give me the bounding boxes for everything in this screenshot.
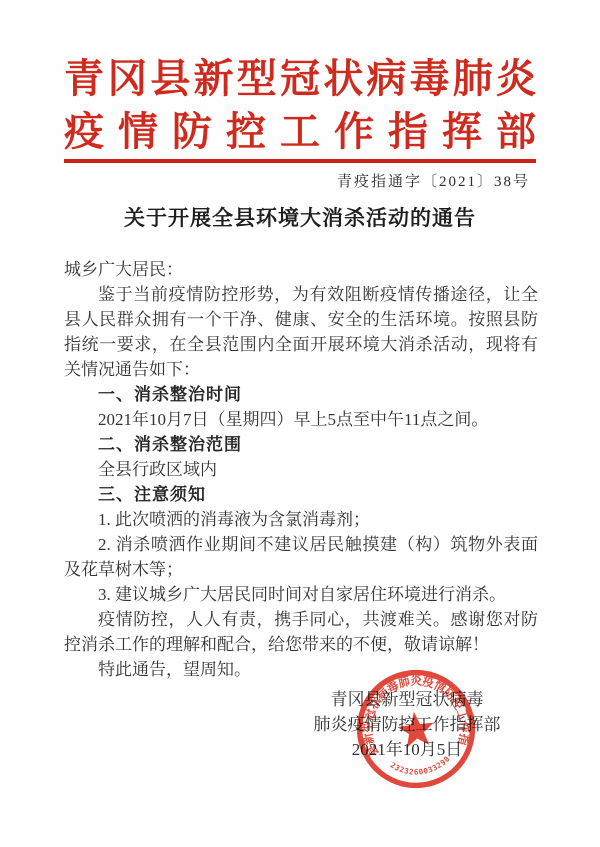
note-item-3: 3. 建议城乡广大居民同时间对自家居住环境进行消杀。 xyxy=(64,582,538,607)
note-item-1: 1. 此次喷洒的消毒液为含氯消毒剂； xyxy=(64,507,538,532)
note-item-2: 2. 消杀喷洒作业期间不建议居民触摸建（构）筑物外表面及花草树木等； xyxy=(64,532,538,582)
document-page: 青冈县新型冠状病毒肺炎 疫情防控工作指挥部 青疫指通字〔2021〕38号 关于开… xyxy=(0,0,600,847)
doc-number: 青疫指通字〔2021〕38号 xyxy=(64,170,530,191)
document-body: 城乡广大居民： 鉴于当前疫情防控形势，为有效阻断疫情传播途径，让全县人民群众拥有… xyxy=(64,257,538,682)
signature-line-2: 肺炎疫情防控工作指挥部 xyxy=(285,712,529,737)
signature-date: 2021年10月5日 xyxy=(285,737,529,762)
signature-line-1: 青冈县新型冠状病毒 xyxy=(285,687,529,712)
page-title: 关于开展全县环境大消杀活动的通告 xyxy=(0,202,600,232)
final-line: 特此通告，望周知。 xyxy=(64,657,538,682)
section1-heading: 一、消杀整治时间 xyxy=(64,382,538,407)
letterhead-line-1: 青冈县新型冠状病毒肺炎 xyxy=(64,52,536,105)
section2-text: 全县行政区域内 xyxy=(64,457,538,482)
letterhead-line-2: 疫情防控工作指挥部 xyxy=(64,105,536,158)
letterhead-rule xyxy=(64,159,536,163)
closing-paragraph: 疫情防控，人人有责，携手同心，共渡难关。感谢您对防控消杀工作的理解和配合，给您带… xyxy=(64,607,538,657)
section3-heading: 三、注意须知 xyxy=(64,482,538,507)
letterhead: 青冈县新型冠状病毒肺炎 疫情防控工作指挥部 xyxy=(64,52,536,158)
salutation: 城乡广大居民： xyxy=(64,257,538,282)
section2-heading: 二、消杀整治范围 xyxy=(64,432,538,457)
signature-block: 青冈县新型冠状病毒 肺炎疫情防控工作指挥部 2021年10月5日 xyxy=(285,687,529,762)
section1-text: 2021年10月7日（星期四）早上5点至中午11点之间。 xyxy=(64,407,538,432)
intro-paragraph: 鉴于当前疫情防控形势，为有效阻断疫情传播途径，让全县人民群众拥有一个干净、健康、… xyxy=(64,282,538,382)
